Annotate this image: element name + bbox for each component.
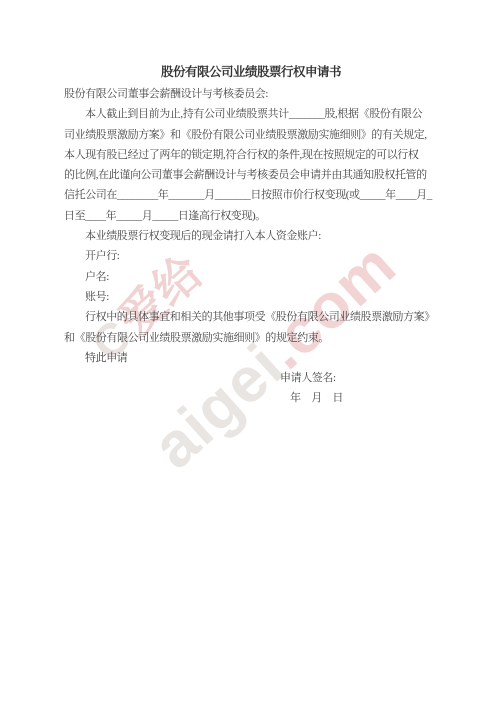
signature-label: 申请人签名: — [280, 368, 438, 388]
document-title: 股份有限公司业绩股票行权申请书 — [64, 62, 438, 82]
body-line-shares-held: 本人截止到目前为止,持有公司业绩股票共计_______股,根据《股份有限公 — [64, 104, 438, 124]
account-name-line: 户名: — [64, 267, 438, 287]
account-number-line: 账号: — [64, 287, 438, 307]
body-line-trust-date-blanks: 信托公司在________年_______月_______日按照市价行权变现(或… — [64, 185, 438, 205]
body-line-other-matters: 行权中的具体事宜和相关的其他事项受《股份有限公司业绩股票激励方案》 — [64, 307, 438, 327]
body-line-cash-account: 本业绩股票行权变现后的现金请打入本人资金账户: — [64, 226, 438, 246]
body-line-lockup: 本人现有股已经过了两年的锁定期,符合行权的条件,现在按照规定的可以行权 — [64, 145, 438, 165]
document-page: C爱给 aigei.com 股份有限公司业绩股票行权申请书 股份有限公司董事会薪… — [0, 0, 501, 710]
document-body: 股份有限公司业绩股票行权申请书 股份有限公司董事会薪酬设计与考核委员会: 本人截… — [64, 62, 438, 409]
body-line-bound-by-rules: 和《股份有限公司业绩股票激励实施细则》的规定约束。 — [64, 328, 438, 348]
date-line: 年 月 日 — [290, 388, 438, 408]
closing-line: 特此申请 — [64, 348, 438, 368]
body-line-request: 的比例,在此谨向公司董事会薪酬设计与考核委员会申请并由其通知股权托管的 — [64, 165, 438, 185]
account-bank-line: 开户行: — [64, 246, 438, 266]
body-line-date-range-blanks: 日至____年_____月_____日逢高行权变现)。 — [64, 206, 438, 226]
body-line-regulations: 司业绩股票激励方案》和《股份有限公司业绩股票激励实施细则》的有关规定, — [64, 125, 438, 145]
salutation-line: 股份有限公司董事会薪酬设计与考核委员会: — [64, 84, 438, 104]
